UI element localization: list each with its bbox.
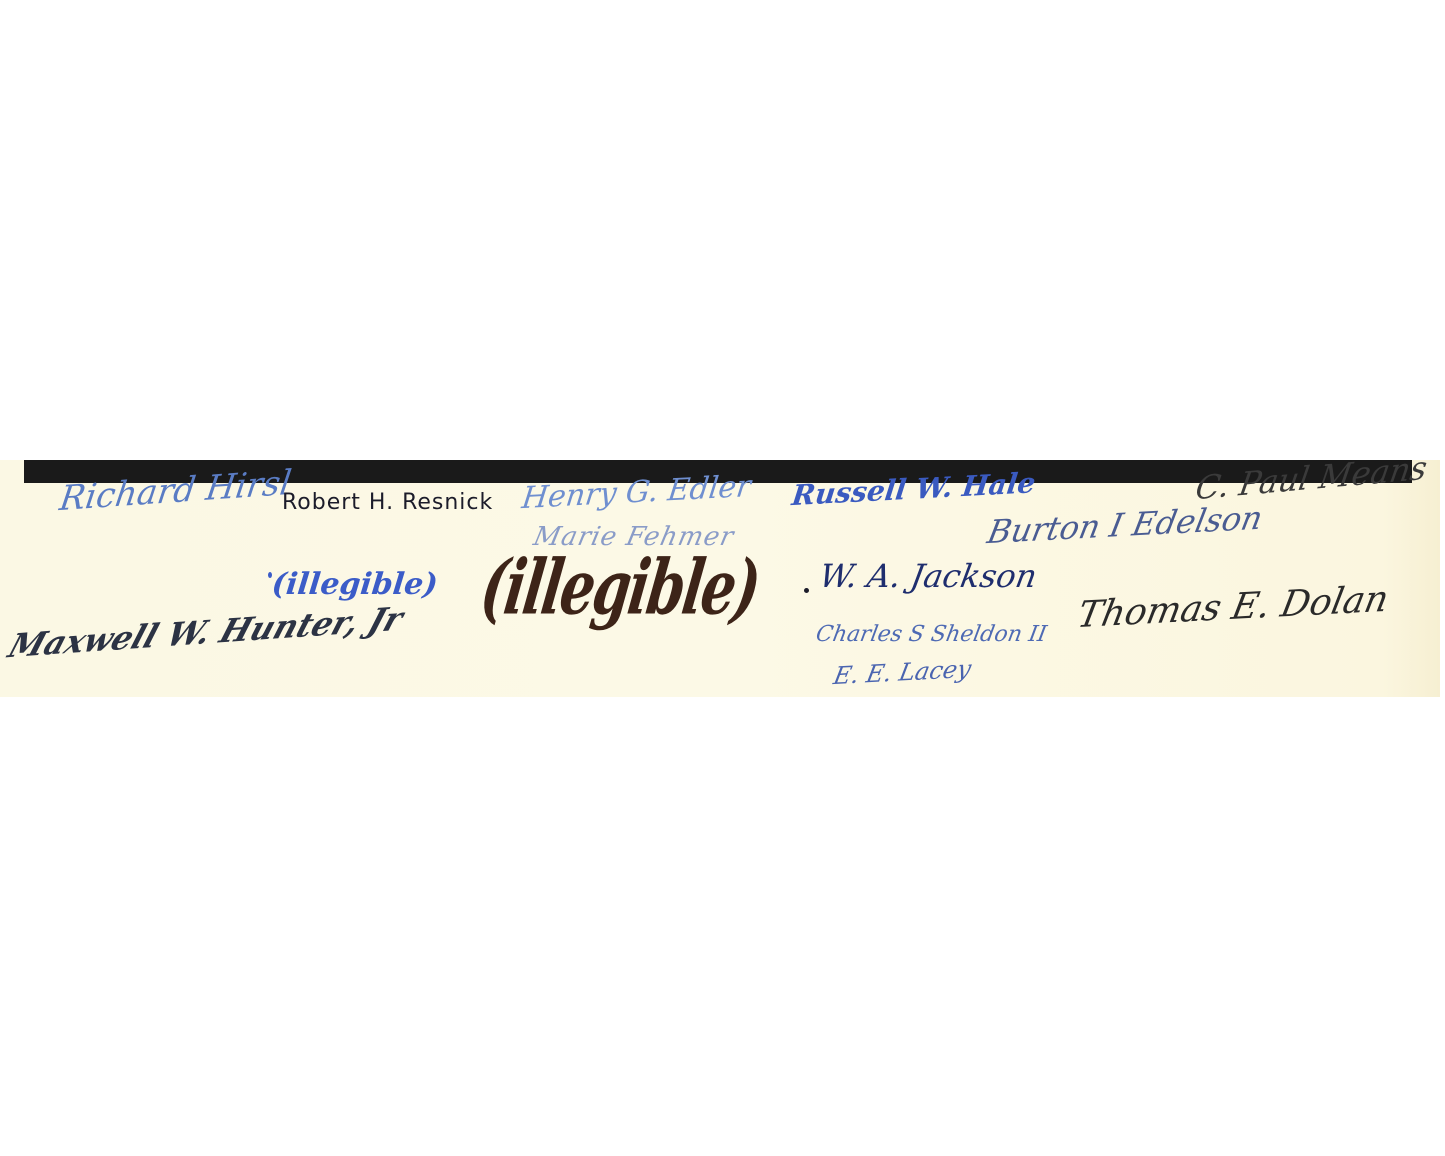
- signature-unreadable-brown: (illegible): [477, 549, 764, 625]
- signature-sheldon: Charles S Sheldon II: [814, 624, 1048, 646]
- signature-jackson: W. A. Jackson: [817, 560, 1039, 592]
- ink-dot-mark: [804, 588, 809, 593]
- signature-edelson: Burton I Edelson: [985, 501, 1265, 548]
- signature-hunter: Maxwell W. Hunter, Jr: [5, 602, 407, 662]
- signature-lacey: E. E. Lacey: [832, 657, 974, 688]
- signature-resnick: Robert H. Resnick: [282, 492, 493, 514]
- signature-edler: Henry G. Edler: [520, 472, 752, 514]
- signed-paper: Richard Hirsl Robert H. Resnick Henry G.…: [0, 460, 1440, 697]
- signature-unreadable-blue: (illegible): [270, 570, 439, 600]
- signature-dolan: Thomas E. Dolan: [1074, 582, 1391, 635]
- ink-tick-mark: [268, 572, 272, 578]
